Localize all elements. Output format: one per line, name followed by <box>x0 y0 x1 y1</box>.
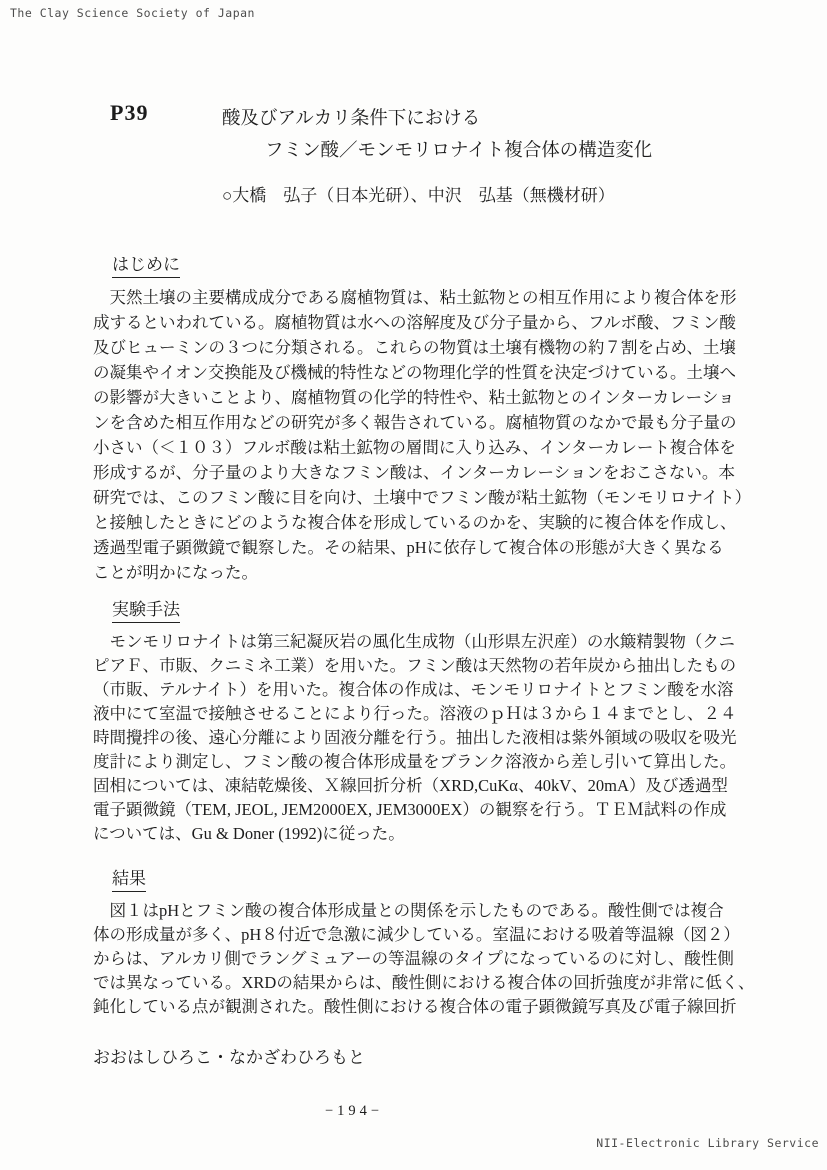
body-text-line: ピアＦ、市販、クニミネ工業）を用いた。フミン酸は天然物の若年炭から抽出したもの <box>93 654 755 678</box>
section-results: 結果 図１はpHとフミン酸の複合体形成量との関係を示したものである。酸性側では複… <box>93 869 755 1019</box>
body-text-line: 鈍化している点が観測された。酸性側における複合体の電子顕微鏡写真及び電子線回折 <box>93 995 755 1019</box>
body-text-line: 図１はpHとフミン酸の複合体形成量との関係を示したものである。酸性側では複合 <box>93 899 755 923</box>
society-header: The Clay Science Society of Japan <box>10 6 255 20</box>
body-text-line: 体の形成量が多く、pH８付近で急激に減少している。室温における吸着等温線（図２） <box>93 923 755 947</box>
body-text-line: 研究では、このフミン酸に目を向け、土壌中でフミン酸が粘土鉱物（モンモリロナイト） <box>93 485 755 510</box>
body-text-line: 固相については、凍結乾燥後、Ｘ線回折分析（XRD,CuKα、40kV、20mA）… <box>93 774 755 798</box>
nii-service-credit: NII-Electronic Library Service <box>596 1136 819 1150</box>
body-text-line: モンモリロナイトは第三紀凝灰岩の風化生成物（山形県左沢産）の水簸精製物（クニ <box>93 630 755 654</box>
body-text-line: 小さい（＜１０３）フルボ酸は粘土鉱物の層間に入り込み、インターカレート複合体を <box>93 435 755 460</box>
body-text-line: と接触したときにどのような複合体を形成しているのかを、実験的に複合体を作成し、 <box>93 510 755 535</box>
body-text-line: 天然土壌の主要構成成分である腐植物質は、粘土鉱物との相互作用により複合体を形 <box>93 285 755 310</box>
section-heading: 結果 <box>112 869 146 892</box>
page-number: −194− <box>325 1103 383 1120</box>
authors-line: ○大橋 弘子（日本光研）、中沢 弘基（無機材研） <box>222 181 615 206</box>
body-text-line: 度計により測定し、フミン酸の複合体形成量をブランク溶液から差し引いて算出した。 <box>93 750 755 774</box>
body-text-line: ンを含めた相互作用などの研究が多く報告されている。腐植物質のなかで最も分子量の <box>93 410 755 435</box>
body-text-line: については、Gu & Doner (1992)に従った。 <box>93 822 755 846</box>
paper-title-line2: フミン酸／モンモリロナイト複合体の構造変化 <box>265 136 652 162</box>
body-text-line: では異なっている。XRDの結果からは、酸性側における複合体の回折強度が非常に低く… <box>93 971 755 995</box>
body-text-line: 成するといわれている。腐植物質は水への溶解度及び分子量から、フルボ酸、フミン酸 <box>93 310 755 335</box>
paper-title-line1: 酸及びアルカリ条件下における <box>222 104 480 130</box>
body-text-line: （市販、テルナイト）を用いた。複合体の作成は、モンモリロナイトとフミン酸を水溶 <box>93 678 755 702</box>
paper-number: P39 <box>110 100 148 126</box>
body-text-line: ことが明かになった。 <box>93 560 755 585</box>
body-text-line: からは、アルカリ側でラングミュアーの等温線のタイプになっているのに対し、酸性側 <box>93 947 755 971</box>
body-text-line: 電子顕微鏡（TEM, JEOL, JEM2000EX, JEM3000EX）の観… <box>93 798 755 822</box>
body-text-line: 透過型電子顕微鏡で観察した。その結果、pHに依存して複合体の形態が大きく異なる <box>93 535 755 560</box>
section-heading-row: 結果 <box>112 869 755 892</box>
body-text-line: 及びヒューミンの３つに分類される。これらの物質は土壌有機物の約７割を占め、土壌 <box>93 335 755 360</box>
section-heading-row: 実験手法 <box>112 600 755 623</box>
section-heading-row: はじめに <box>112 255 755 278</box>
body-text-line: 液中にて室温で接触させることにより行った。溶液のｐＨは３から１４までとし、２４ <box>93 702 755 726</box>
document-page: The Clay Science Society of Japan P39 酸及… <box>0 0 827 1170</box>
section-heading: 実験手法 <box>112 600 180 623</box>
body-text-line: の影響が大きいことより、腐植物質の化学的特性や、粘土鉱物とのインターカレーショ <box>93 385 755 410</box>
body-text-line: 時間攪拌の後、遠心分離により固液分離を行う。抽出した液相は紫外領域の吸収を吸光 <box>93 726 755 750</box>
section-introduction: はじめに 天然土壌の主要構成成分である腐植物質は、粘土鉱物との相互作用により複合… <box>93 255 755 585</box>
section-heading: はじめに <box>112 255 180 278</box>
section-methods: 実験手法 モンモリロナイトは第三紀凝灰岩の風化生成物（山形県左沢産）の水簸精製物… <box>93 600 755 846</box>
body-text-line: 形成するが、分子量のより大きなフミン酸は、インターカレーションをおこさない。本 <box>93 460 755 485</box>
footnote-authors-kana: おおはしひろこ・なかざわひろもと <box>93 1043 365 1068</box>
body-text-line: の凝集やイオン交換能及び機械的特性などの物理化学的性質を決定づけている。土壌へ <box>93 360 755 385</box>
